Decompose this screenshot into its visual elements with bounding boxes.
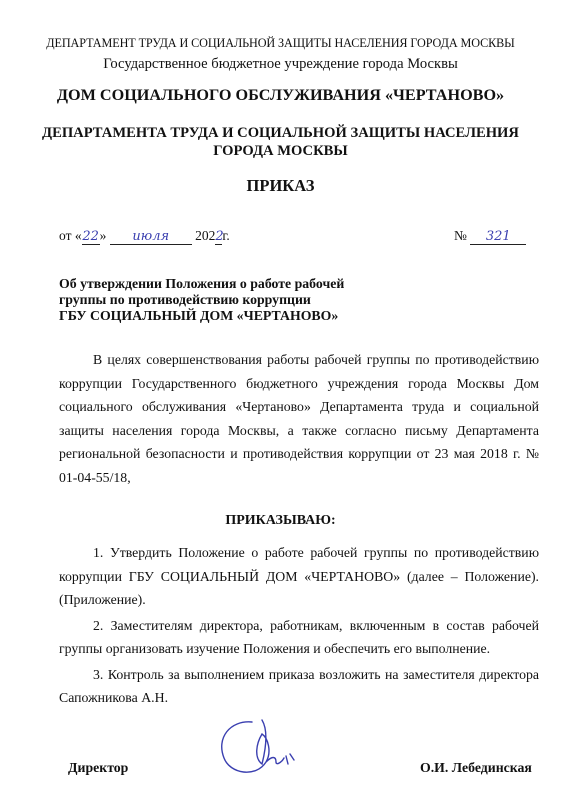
number-label: № xyxy=(454,228,467,243)
signatory-title: Директор xyxy=(68,760,128,776)
orders-list: 1. Утвердить Положение о работе рабочей … xyxy=(59,541,539,712)
date-prefix: от « xyxy=(59,228,82,243)
order-item: 3. Контроль за выполнением приказа возло… xyxy=(59,663,539,710)
department-header: ДЕПАРТАМЕНТ ТРУДА И СОЦИАЛЬНОЙ ЗАЩИТЫ НА… xyxy=(0,36,561,51)
department-subheader-line2: ГОРОДА МОСКВЫ xyxy=(0,142,561,160)
date-suffix: г. xyxy=(222,228,229,243)
department-subheader: ДЕПАРТАМЕНТА ТРУДА И СОЦИАЛЬНОЙ ЗАЩИТЫ Н… xyxy=(0,124,561,160)
order-subject: Об утверждении Положения о работе рабоче… xyxy=(59,276,344,324)
preamble-paragraph: В целях совершенствования работы рабочей… xyxy=(59,348,539,489)
subject-line: группы по противодействию коррупции xyxy=(59,292,344,308)
date-mid: » xyxy=(100,228,107,243)
orders-heading: ПРИКАЗЫВАЮ: xyxy=(0,513,561,529)
date-day: 22 xyxy=(82,230,100,245)
number-value: 321 xyxy=(470,230,526,245)
document-title: ПРИКАЗ xyxy=(0,176,561,196)
subject-line: ГБУ СОЦИАЛЬНЫЙ ДОМ «ЧЕРТАНОВО» xyxy=(59,308,344,324)
order-item: 2. Заместителям директора, работникам, в… xyxy=(59,614,539,661)
date-year-prefix: 202 xyxy=(195,228,215,243)
order-number: № 321 xyxy=(454,228,526,245)
date-month: июля xyxy=(110,230,192,245)
institution-name: ДОМ СОЦИАЛЬНОГО ОБСЛУЖИВАНИЯ «ЧЕРТАНОВО» xyxy=(0,86,561,105)
handwritten-signature-icon xyxy=(210,718,320,778)
order-item: 1. Утвердить Положение о работе рабочей … xyxy=(59,541,539,612)
department-subheader-line1: ДЕПАРТАМЕНТА ТРУДА И СОЦИАЛЬНОЙ ЗАЩИТЫ Н… xyxy=(0,124,561,142)
subject-line: Об утверждении Положения о работе рабоче… xyxy=(59,276,344,292)
order-date: от «22» июля 2022г. xyxy=(59,228,230,245)
signatory-name: О.И. Лебединская xyxy=(420,760,532,776)
institution-type: Государственное бюджетное учреждение гор… xyxy=(0,56,561,73)
